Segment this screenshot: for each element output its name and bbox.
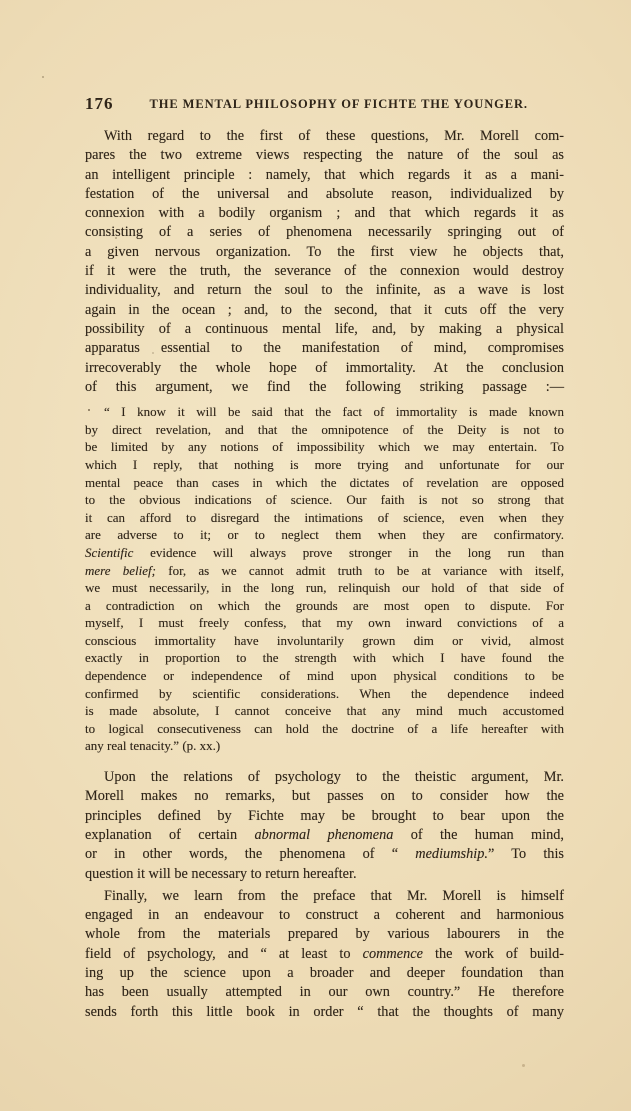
text-line: exactly in proportion to the strength wi… [85, 649, 564, 667]
text-line: “ I know it will be said that the fact o… [85, 403, 564, 421]
text-line: which I reply, that nothing is more tryi… [85, 456, 564, 474]
text-line: irrecoverably the whole hope of immortal… [85, 359, 564, 378]
text-line: or in other words, the phenomena of “ me… [85, 845, 564, 864]
text-line: an intelligent principle : namely, that … [85, 166, 564, 185]
text-line: individuality, and return the soul to th… [85, 281, 564, 300]
paragraph: Upon the relations of psychology to the … [85, 768, 564, 884]
text-line: Upon the relations of psychology to the … [85, 768, 564, 787]
book-page: 176 THE MENTAL PHILOSOPHY OF FICHTE THE … [0, 0, 631, 1111]
text-block: 176 THE MENTAL PHILOSOPHY OF FICHTE THE … [85, 94, 564, 1022]
paragraph: Finally, we learn from the preface that … [85, 887, 564, 1022]
paragraph: With regard to the first of these questi… [85, 127, 564, 397]
text-line: dependence or independence of mind upon … [85, 667, 564, 685]
page-header: 176 THE MENTAL PHILOSOPHY OF FICHTE THE … [85, 94, 564, 114]
text-line: mere belief; for, as we cannot admit tru… [85, 562, 564, 580]
text-line: has been usually attempted in our own co… [85, 983, 564, 1002]
text-line: we must necessarily, in the long run, re… [85, 579, 564, 597]
text-line: field of psychology, and “ at least to c… [85, 945, 564, 964]
text-line: possibility of a continuous mental life,… [85, 320, 564, 339]
text-line: confirmed by scientific considerations. … [85, 685, 564, 703]
text-line: by direct revelation, and that the omnip… [85, 421, 564, 439]
running-title: THE MENTAL PHILOSOPHY OF FICHTE THE YOUN… [114, 97, 565, 112]
text-line: myself, I must freely confess, that my o… [85, 614, 564, 632]
paragraph: “ I know it will be said that the fact o… [85, 403, 564, 755]
text-line: again in the ocean ; and, to the second,… [85, 301, 564, 320]
text-line: apparatus essential to the manifestation… [85, 339, 564, 358]
text-line: Morell makes no remarks, but passes on t… [85, 787, 564, 806]
text-line: explanation of certain abnormal phenomen… [85, 826, 564, 845]
text-line: question it will be necessary to return … [85, 865, 564, 884]
text-line: conscious immortality have involuntarily… [85, 632, 564, 650]
text-line: a contradiction on which the grounds are… [85, 597, 564, 615]
text-line: any real tenacity.” (p. xx.) [85, 737, 564, 755]
page-body: With regard to the first of these questi… [85, 127, 564, 1022]
text-line: is made absolute, I cannot conceive that… [85, 702, 564, 720]
text-line: a given nervous organization. To the fir… [85, 243, 564, 262]
text-line: to logical consecutiveness can hold the … [85, 720, 564, 738]
text-line: be limited by any notions of impossibili… [85, 438, 564, 456]
text-line: mental peace than cases in which the dic… [85, 474, 564, 492]
page-number: 176 [85, 94, 114, 114]
text-line: Scientific evidence will always prove st… [85, 544, 564, 562]
text-line: consisting of a series of phenomena nece… [85, 223, 564, 242]
text-line: engaged in an endeavour to construct a c… [85, 906, 564, 925]
text-line: whole from the materials prepared by var… [85, 925, 564, 944]
text-line: With regard to the first of these questi… [85, 127, 564, 146]
text-line: Finally, we learn from the preface that … [85, 887, 564, 906]
text-line: connexion with a bodily organism ; and t… [85, 204, 564, 223]
paper-speck [522, 1064, 525, 1067]
text-line: festation of the universal and absolute … [85, 185, 564, 204]
text-line: sends forth this little book in order “ … [85, 1003, 564, 1022]
paper-speck [42, 76, 44, 78]
text-line: of this argument, we find the following … [85, 378, 564, 397]
text-line: principles defined by Fichte may be brou… [85, 807, 564, 826]
text-line: to the obvious indications of science. O… [85, 491, 564, 509]
text-line: if it were the truth, the severance of t… [85, 262, 564, 281]
text-line: are adverse to it; or to neglect them wh… [85, 526, 564, 544]
text-line: pares the two extreme views respecting t… [85, 146, 564, 165]
text-line: ing up the science upon a broader and de… [85, 964, 564, 983]
text-line: it can afford to disregard the intimatio… [85, 509, 564, 527]
